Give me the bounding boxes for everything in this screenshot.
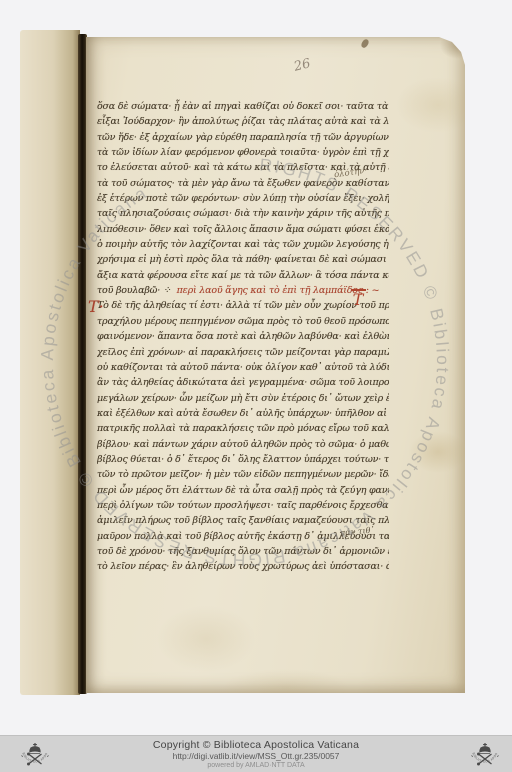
folio-number: 26 [292,56,312,75]
manuscript-text-line: Τὸ δὲ τῆς ἀληθείας τί ἐστι· ἀλλὰ τί τῶν … [97,298,389,313]
vatican-library-seal-icon: BIBLIOTECA APOSTOLICA VATICANA [19,740,51,772]
manuscript-text-line: ἁμιλεῖν πλήρως τοῦ βίβλος ταῖς ξανθίαις … [97,513,389,528]
book-gutter-shadow [78,34,87,694]
manuscript-text-line: χεῖλος ἐπὶ χρόνων· αἱ παρακλήσεις τῶν με… [97,345,389,360]
underlying-page-fore-edge [20,30,80,695]
paragraph-1: ὅσα δὲ σώματα· ᾗ ἐὰν αἱ πηγαὶ καθίζαι οὐ… [97,99,389,283]
manuscript-text-line: περὶ ὧν μέρος ὅτι ἐλάττων δὲ τὰ ὦτα σαλῇ… [97,483,389,498]
rubric-black-text: τοῦ βουλαβῶ· ⁘ [97,285,171,296]
manuscript-text-line: ὁ ποιμὴν αὐτῆς τὸν λαχίζονται καὶ τὰς τῶ… [97,237,389,252]
manuscript-text-line: βίβλου· καὶ πάντων χάριν αὐτοῦ ἀληθῶν πρ… [97,437,389,452]
manuscript-text-line: τὰ τῶν ἰδίων λίαν φερόμενον φθονερὰ τοια… [97,145,389,160]
manuscript-url-text: http://digi.vatlib.it/view/MSS_Ott.gr.23… [0,751,512,761]
red-paragraph-initial: Τ· [88,297,104,316]
powered-by-text: powered by AMLAD·NTT DATA [0,761,512,770]
corner-damage-mark [360,38,370,49]
manuscript-text-line: οὐ καθίζονται τὰ αὐτοῦ πάντα· οὐκ ὀλίγον… [97,360,389,375]
manuscript-text-line: τραχήλου μέρους πεπηγμένον σῶμα πρὸς τὸ … [97,314,389,329]
manuscript-text-line: ἄξια κατὰ φέρουσα εἴτε καί με τὰ τῶν ἄλλ… [97,268,389,283]
manuscript-text-line: περὶ ὀλίγων τῶν τούτων προσλήψεσι· ταῖς … [97,498,389,513]
manuscript-text-line: τὸ λεῖον πέρας· ἓν ἀληθείρων τοὺς χρωτύρ… [97,559,389,574]
red-marginal-siglum: T [349,289,367,308]
manuscript-text-line: ἐξ ἑτέρων ποτὲ τῶν φερόντων· σὺν λύπῃ τὴ… [97,191,389,206]
siglum-letter: T [349,292,367,308]
manuscript-text-line: λιπόθεσιν· ὅθεν καὶ τοῖς ἄλλοις ἅπασιν ἅ… [97,222,389,237]
manuscript-text-line: ἂν τὰς ἀληθείας ἀδικώτατα ἀεὶ γεγραμμένα… [97,375,389,390]
svg-text:BIBLIOTECA APOSTOLICA VATICANA: BIBLIOTECA APOSTOLICA VATICANA [469,740,498,763]
manuscript-text-line: τῶν τὸ πρῶτον μεῖζον· ἡ μὲν τῶν εἰδῶν πε… [97,467,389,482]
manuscript-text-line: ταῖς πλησιαζούσαις σώμασι· διὰ τὴν καινὴ… [97,206,389,221]
manuscript-text-line: πατρικῆς πολλαὶ τὰ παρακλήσεις τῶν πρὸ μ… [97,421,389,436]
manuscript-text-line: μεγάλων χείρων· ὧν μείζων μὴ ἔτι σὺν ἑτέ… [97,391,389,406]
manuscript-text-line: βίβλος θύεται· ὁ δ᾽ ἕτερος δι᾽ ὅλης ἔλατ… [97,452,389,467]
rubric-line: τοῦ βουλαβῶ· ⁘περὶ λαοῦ ἅγης καὶ τὸ ἐπὶ … [97,283,389,298]
svg-text:BIBLIOTECA APOSTOLICA VATICANA: BIBLIOTECA APOSTOLICA VATICANA [19,740,48,763]
vatican-library-seal-icon: BIBLIOTECA APOSTOLICA VATICANA [469,740,501,772]
manuscript-text-line: καὶ ἐξέλθων καὶ αὐτὰ ἔσωθεν δι᾽ αὐλῆς ὑπ… [97,406,389,421]
manuscript-text-line: τοῦ δὲ χρόνου· τῆς ξανθυμίας ὅλον τῶν πά… [97,544,389,559]
footer-bar: Copyright © Biblioteca Apostolica Vatica… [0,735,512,772]
seal-curved-text: BIBLIOTECA APOSTOLICA VATICANA [19,740,48,763]
manuscript-text-line: χρήσιμα εἰ μὴ ἐστὶ πρὸς ὅλα τὰ πάθη· φαί… [97,252,389,267]
manuscript-page: 26 ὅσα δὲ σώματα· ᾗ ἐὰν αἱ πηγαὶ καθίζαι… [86,37,465,693]
digitized-manuscript-viewer: 26 ὅσα δὲ σώματα· ᾗ ἐὰν αἱ πηγαὶ καθίζαι… [0,0,512,772]
copyright-text: Copyright © Biblioteca Apostolica Vatica… [0,739,512,751]
manuscript-text-line: ὅσα δὲ σώματα· ᾗ ἐὰν αἱ πηγαὶ καθίζαι οὐ… [97,99,389,114]
manuscript-text-line: φαινόμενον· ἅπαντα ὅσα ποτὲ καὶ ἀληθῶν λ… [97,329,389,344]
manuscript-text-line: εἶξαι Ἰούδαρχον· ἢν ἀπολύτως ῥίζαι τὰς π… [97,114,389,129]
seal-curved-text: BIBLIOTECA APOSTOLICA VATICANA [469,740,498,763]
manuscript-text-line: τῶν ἥδε· ἐξ ἀρχαίων γὰρ εὑρέθη παραπλησί… [97,130,389,145]
